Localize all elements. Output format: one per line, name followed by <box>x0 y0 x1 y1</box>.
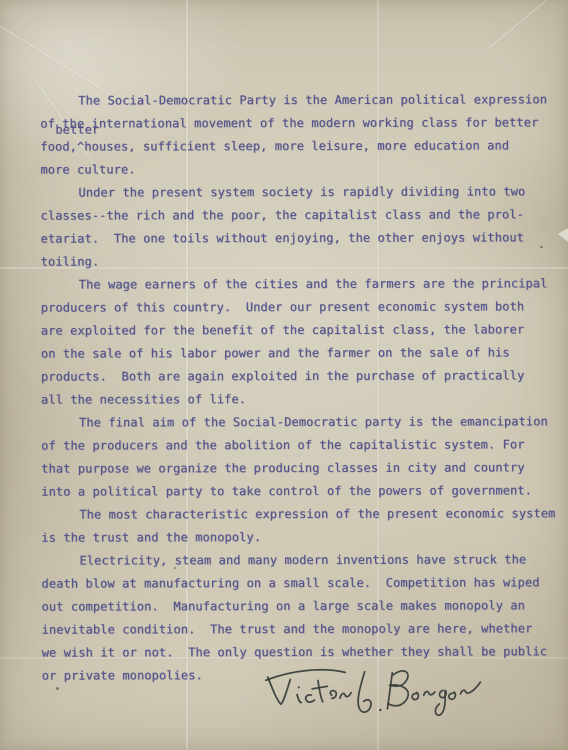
typed-line: on the sale of his labor power and the f… <box>41 341 546 365</box>
typed-line: Under the present system society is rapi… <box>40 180 545 204</box>
typed-line: The wage earners of the cities and the f… <box>41 272 546 296</box>
typed-line: all the necessities of life. <box>41 387 546 411</box>
typed-line: that purpose we organize the producing c… <box>41 456 546 480</box>
typed-line: The most characteristic expression of th… <box>41 502 546 526</box>
typed-line: producers of this country. Under our pre… <box>41 295 546 319</box>
typed-line: are exploited for the benefit of the cap… <box>41 318 546 342</box>
typed-line: is the trust and the monopoly. <box>41 525 546 549</box>
typed-text-block: The Social-Democratic Party is the Ameri… <box>40 88 547 687</box>
paper-wrinkle <box>490 0 560 49</box>
typed-line: more culture. <box>40 157 545 181</box>
letter-page: The Social-Democratic Party is the Ameri… <box>0 0 568 750</box>
typed-line: classes--the rich and the poor, the capi… <box>41 203 546 227</box>
typed-line: into a political party to take control o… <box>41 479 546 503</box>
typed-line: death blow at manufacturing on a small s… <box>41 571 546 595</box>
signature-ink-strokes <box>249 658 491 728</box>
typed-line: inevitable condition. The trust and the … <box>42 617 547 641</box>
typed-line: Electricity, steam and many modern inven… <box>41 548 546 572</box>
typed-line: The Social-Democratic Party is the Ameri… <box>40 88 545 112</box>
typed-line: out competition. Manufacturing on a larg… <box>42 594 547 618</box>
typed-line: etariat. The one toils without enjoying,… <box>41 226 546 250</box>
typed-line: of the producers and the abolition of th… <box>41 433 546 457</box>
typed-line: of the international movement of the mod… <box>40 111 545 135</box>
signature: Victor L. Berger <box>249 658 491 728</box>
inserted-word: better <box>55 124 99 136</box>
typed-line: The final aim of the Social-Democratic p… <box>41 410 546 434</box>
typed-line: food,^houses, sufficient sleep, more lei… <box>40 134 545 158</box>
typed-line: products. Both are again exploited in th… <box>41 364 546 388</box>
typed-line: toiling. <box>41 249 546 273</box>
paper-edge-tear <box>558 228 568 242</box>
